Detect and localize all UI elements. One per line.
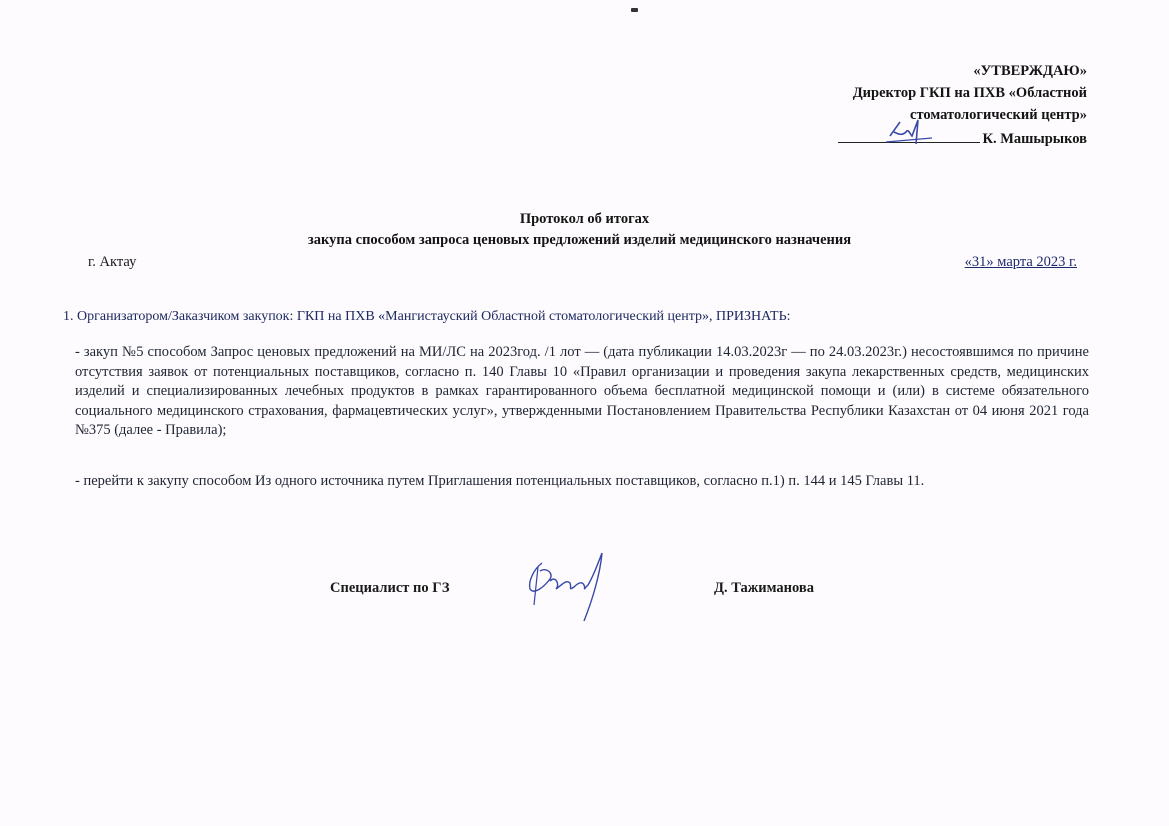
approval-signatory: К. Машырыков <box>982 131 1087 147</box>
approval-block: «УТВЕРЖДАЮ» Директор ГКП на ПХВ «Областн… <box>838 60 1087 150</box>
director-signature-icon <box>886 118 934 146</box>
decision-paragraph-1: - закуп №5 способом Запрос ценовых предл… <box>75 343 1089 441</box>
organizer-statement: 1. Организатором/Заказчиком закупок: ГКП… <box>63 309 791 325</box>
approval-line-2: стоматологический центр» <box>838 104 1087 126</box>
signature-underline <box>838 126 980 143</box>
specialist-name: Д. Тажиманова <box>714 580 814 597</box>
scanned-document-page: «УТВЕРЖДАЮ» Директор ГКП на ПХВ «Областн… <box>0 0 1169 826</box>
document-place: г. Актау <box>88 254 136 271</box>
approval-line-1: Директор ГКП на ПХВ «Областной <box>838 82 1087 104</box>
document-title: Протокол об итогах <box>0 211 1169 228</box>
specialist-role: Специалист по ГЗ <box>330 580 450 597</box>
approval-signature-line: К. Машырыков <box>838 126 1087 150</box>
document-subtitle: закупа способом запроса ценовых предложе… <box>0 232 1164 249</box>
decision-paragraph-2: - перейти к закупу способом Из одного ис… <box>75 473 924 490</box>
scan-artifact <box>631 8 638 12</box>
approval-heading: «УТВЕРЖДАЮ» <box>838 60 1087 82</box>
document-date: «31» марта 2023 г. <box>965 254 1077 271</box>
specialist-signature-icon <box>520 545 615 625</box>
